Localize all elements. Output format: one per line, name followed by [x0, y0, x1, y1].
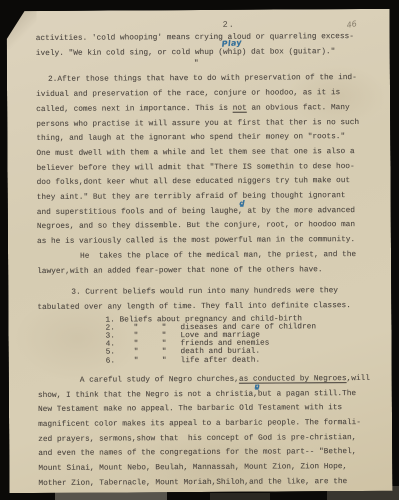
para-current-beliefs: 3. Current beliefs would run into many h…	[37, 284, 379, 315]
para-negro-churches: A careful study of Negro churches,as con…	[38, 372, 381, 500]
handwritten-insert: d	[239, 196, 244, 211]
text-line: magnificent color makes its appeal to a …	[38, 416, 380, 433]
para-cold-whooping: activities. 'cold whooping' means crying…	[36, 30, 378, 61]
text-line: lawyer,with an added fear-power that non…	[37, 262, 379, 279]
text-line: A careful study of Negro churches,as con…	[38, 372, 380, 389]
text-line: activities. 'cold whooping' means crying…	[36, 30, 378, 47]
text-line: called, comes next in importance. This i…	[36, 101, 378, 118]
page-number: 2.	[223, 20, 235, 30]
para-conjure: 2.After those things that have to do wit…	[36, 71, 379, 250]
text-line: He takes the place of the medical man, t…	[37, 248, 379, 265]
text-line: One must dwell with them a while and let…	[36, 145, 378, 162]
text-line: Mother Zion, Tabernacle, Mount Moriah,Sh…	[38, 475, 380, 492]
document-body: activities. 'cold whooping' means crying…	[36, 30, 381, 500]
text-line: 6. " " life after death.	[106, 356, 380, 366]
text-line: "	[36, 59, 378, 69]
text-line: ively. "We kin cold sing, or cold whup (…	[36, 45, 378, 62]
stray-mark: "	[36, 59, 378, 69]
torn-corner	[7, 11, 37, 49]
para-medicine-man: He takes the place of the medical man, t…	[37, 248, 379, 279]
text-line: tabulated over any length of time. They …	[37, 299, 379, 316]
table-surface-patch-mid	[210, 493, 270, 500]
manuscript-page: 2. 46 activities. 'cold whooping' means …	[7, 9, 393, 493]
pencil-corner-mark: 46	[346, 19, 358, 30]
handwritten-annotation: Play	[222, 36, 243, 53]
handwritten-insert: n	[254, 379, 259, 394]
belief-classes-list: 1. Beliefs about pregnancy and child-bir…	[105, 315, 379, 366]
